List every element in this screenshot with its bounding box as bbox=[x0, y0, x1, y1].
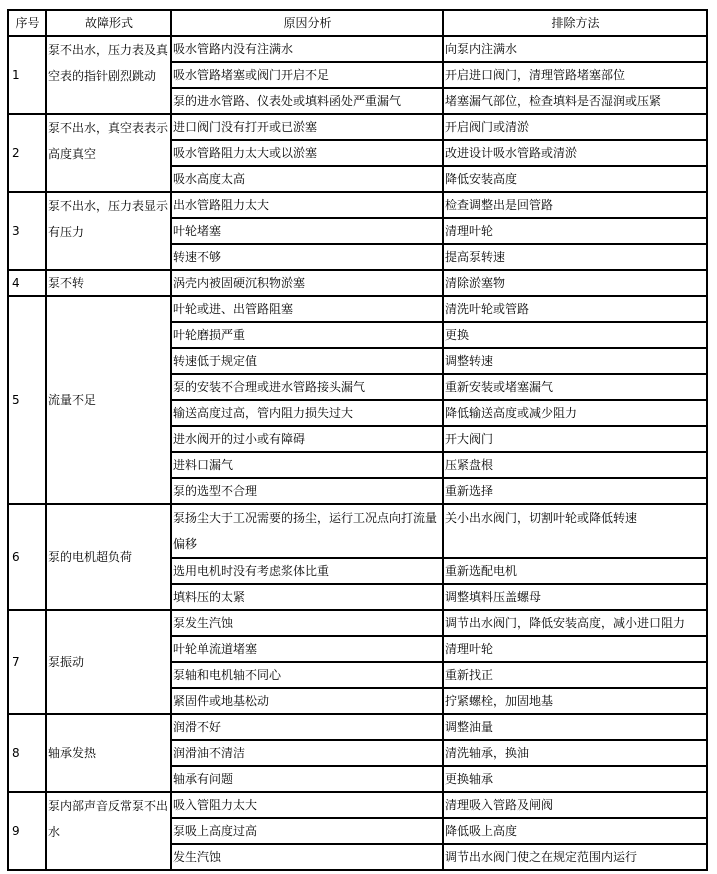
header-no: 序号 bbox=[8, 10, 46, 36]
header-cause: 原因分析 bbox=[171, 10, 443, 36]
table-row: 9泵内部声音反常泵不出水吸入管阻力太大清理吸入管路及闸阀 bbox=[8, 792, 707, 818]
fix-cell: 调整转速 bbox=[443, 348, 707, 374]
fix-cell: 调节出水阀门使之在规定范围内运行 bbox=[443, 844, 707, 870]
cause-cell: 吸水管路堵塞或阀门开启不足 bbox=[171, 62, 443, 88]
cause-cell: 润滑油不清洁 bbox=[171, 740, 443, 766]
cause-cell: 吸水管路阻力太大或以淤塞 bbox=[171, 140, 443, 166]
fix-cell: 检查调整出是回管路 bbox=[443, 192, 707, 218]
cause-cell: 泵扬尘大于工况需要的扬尘，运行工况点向打流量偏移 bbox=[171, 504, 443, 558]
fault-number: 6 bbox=[8, 504, 46, 610]
fix-cell: 清理吸入管路及闸阀 bbox=[443, 792, 707, 818]
cause-cell: 润滑不好 bbox=[171, 714, 443, 740]
table-body: 1泵不出水，压力表及真空表的指针剧烈跳动吸水管路内没有注满水向泵内注满水吸水管路… bbox=[8, 36, 707, 870]
fix-cell: 开大阀门 bbox=[443, 426, 707, 452]
fix-cell: 清洗轴承，换油 bbox=[443, 740, 707, 766]
fault-type: 泵不出水，真空表表示高度真空 bbox=[46, 114, 171, 192]
table-row: 2泵不出水，真空表表示高度真空进口阀门没有打开或已淤塞开启阀门或清淤 bbox=[8, 114, 707, 140]
fix-cell: 向泵内注满水 bbox=[443, 36, 707, 62]
cause-cell: 进料口漏气 bbox=[171, 452, 443, 478]
fix-cell: 重新找正 bbox=[443, 662, 707, 688]
cause-cell: 泵的选型不合理 bbox=[171, 478, 443, 504]
fix-cell: 提高泵转速 bbox=[443, 244, 707, 270]
cause-cell: 输送高度过高，管内阻力损失过大 bbox=[171, 400, 443, 426]
cause-cell: 进口阀门没有打开或已淤塞 bbox=[171, 114, 443, 140]
fix-cell: 堵塞漏气部位，检查填料是否湿润或压紧 bbox=[443, 88, 707, 114]
cause-cell: 进水阀开的过小或有障碍 bbox=[171, 426, 443, 452]
cause-cell: 紧固件或地基松动 bbox=[171, 688, 443, 714]
fix-cell: 清理叶轮 bbox=[443, 218, 707, 244]
fix-cell: 关小出水阀门，切割叶轮或降低转速 bbox=[443, 504, 707, 558]
fault-type: 流量不足 bbox=[46, 296, 171, 504]
cause-cell: 泵发生汽蚀 bbox=[171, 610, 443, 636]
fix-cell: 开启阀门或清淤 bbox=[443, 114, 707, 140]
cause-cell: 发生汽蚀 bbox=[171, 844, 443, 870]
cause-cell: 泵轴和电机轴不同心 bbox=[171, 662, 443, 688]
fix-cell: 改进设计吸水管路或清淤 bbox=[443, 140, 707, 166]
fix-cell: 开启进口阀门，清理管路堵塞部位 bbox=[443, 62, 707, 88]
fault-number: 9 bbox=[8, 792, 46, 870]
pump-troubleshooting-table: 序号 故障形式 原因分析 排除方法 1泵不出水，压力表及真空表的指针剧烈跳动吸水… bbox=[7, 9, 708, 871]
fault-type: 泵的电机超负荷 bbox=[46, 504, 171, 610]
table-row: 7泵振动泵发生汽蚀调节出水阀门，降低安装高度，减小进口阻力 bbox=[8, 610, 707, 636]
cause-cell: 泵的进水管路、仪表处或填料函处严重漏气 bbox=[171, 88, 443, 114]
fault-type: 泵不转 bbox=[46, 270, 171, 296]
cause-cell: 轴承有问题 bbox=[171, 766, 443, 792]
cause-cell: 叶轮或进、出管路阻塞 bbox=[171, 296, 443, 322]
table-row: 5流量不足叶轮或进、出管路阻塞清洗叶轮或管路 bbox=[8, 296, 707, 322]
table-row: 1泵不出水，压力表及真空表的指针剧烈跳动吸水管路内没有注满水向泵内注满水 bbox=[8, 36, 707, 62]
fix-cell: 压紧盘根 bbox=[443, 452, 707, 478]
fault-number: 4 bbox=[8, 270, 46, 296]
fault-number: 7 bbox=[8, 610, 46, 714]
cause-cell: 选用电机时没有考虑浆体比重 bbox=[171, 558, 443, 584]
fault-type: 轴承发热 bbox=[46, 714, 171, 792]
header-row: 序号 故障形式 原因分析 排除方法 bbox=[8, 10, 707, 36]
cause-cell: 叶轮堵塞 bbox=[171, 218, 443, 244]
fix-cell: 重新选配电机 bbox=[443, 558, 707, 584]
cause-cell: 转速不够 bbox=[171, 244, 443, 270]
cause-cell: 转速低于规定值 bbox=[171, 348, 443, 374]
fix-cell: 重新选择 bbox=[443, 478, 707, 504]
fix-cell: 调节出水阀门，降低安装高度，减小进口阻力 bbox=[443, 610, 707, 636]
cause-cell: 出水管路阻力太大 bbox=[171, 192, 443, 218]
table-row: 8轴承发热润滑不好调整油量 bbox=[8, 714, 707, 740]
fault-number: 2 bbox=[8, 114, 46, 192]
fix-cell: 拧紧螺栓，加固地基 bbox=[443, 688, 707, 714]
fault-type: 泵内部声音反常泵不出水 bbox=[46, 792, 171, 870]
fault-number: 3 bbox=[8, 192, 46, 270]
fix-cell: 降低输送高度或减少阻力 bbox=[443, 400, 707, 426]
fix-cell: 清理叶轮 bbox=[443, 636, 707, 662]
cause-cell: 涡壳内被固硬沉积物淤塞 bbox=[171, 270, 443, 296]
table-row: 4泵不转涡壳内被固硬沉积物淤塞清除淤塞物 bbox=[8, 270, 707, 296]
fix-cell: 重新安装或堵塞漏气 bbox=[443, 374, 707, 400]
header-fix: 排除方法 bbox=[443, 10, 707, 36]
cause-cell: 填料压的太紧 bbox=[171, 584, 443, 610]
cause-cell: 叶轮单流道堵塞 bbox=[171, 636, 443, 662]
cause-cell: 泵的安装不合理或进水管路接头漏气 bbox=[171, 374, 443, 400]
cause-cell: 吸入管阻力太大 bbox=[171, 792, 443, 818]
fault-type: 泵不出水，压力表及真空表的指针剧烈跳动 bbox=[46, 36, 171, 114]
fix-cell: 清除淤塞物 bbox=[443, 270, 707, 296]
fix-cell: 清洗叶轮或管路 bbox=[443, 296, 707, 322]
fault-number: 8 bbox=[8, 714, 46, 792]
table-row: 6泵的电机超负荷泵扬尘大于工况需要的扬尘，运行工况点向打流量偏移关小出水阀门，切… bbox=[8, 504, 707, 558]
fault-type: 泵振动 bbox=[46, 610, 171, 714]
fix-cell: 降低安装高度 bbox=[443, 166, 707, 192]
fix-cell: 降低吸上高度 bbox=[443, 818, 707, 844]
header-fault: 故障形式 bbox=[46, 10, 171, 36]
cause-cell: 吸水管路内没有注满水 bbox=[171, 36, 443, 62]
fault-number: 5 bbox=[8, 296, 46, 504]
fix-cell: 调整填料压盖螺母 bbox=[443, 584, 707, 610]
cause-cell: 吸水高度太高 bbox=[171, 166, 443, 192]
cause-cell: 叶轮磨损严重 bbox=[171, 322, 443, 348]
fault-type: 泵不出水，压力表显示有压力 bbox=[46, 192, 171, 270]
fault-number: 1 bbox=[8, 36, 46, 114]
cause-cell: 泵吸上高度过高 bbox=[171, 818, 443, 844]
fix-cell: 更换 bbox=[443, 322, 707, 348]
table-row: 3泵不出水，压力表显示有压力出水管路阻力太大检查调整出是回管路 bbox=[8, 192, 707, 218]
fix-cell: 更换轴承 bbox=[443, 766, 707, 792]
fix-cell: 调整油量 bbox=[443, 714, 707, 740]
